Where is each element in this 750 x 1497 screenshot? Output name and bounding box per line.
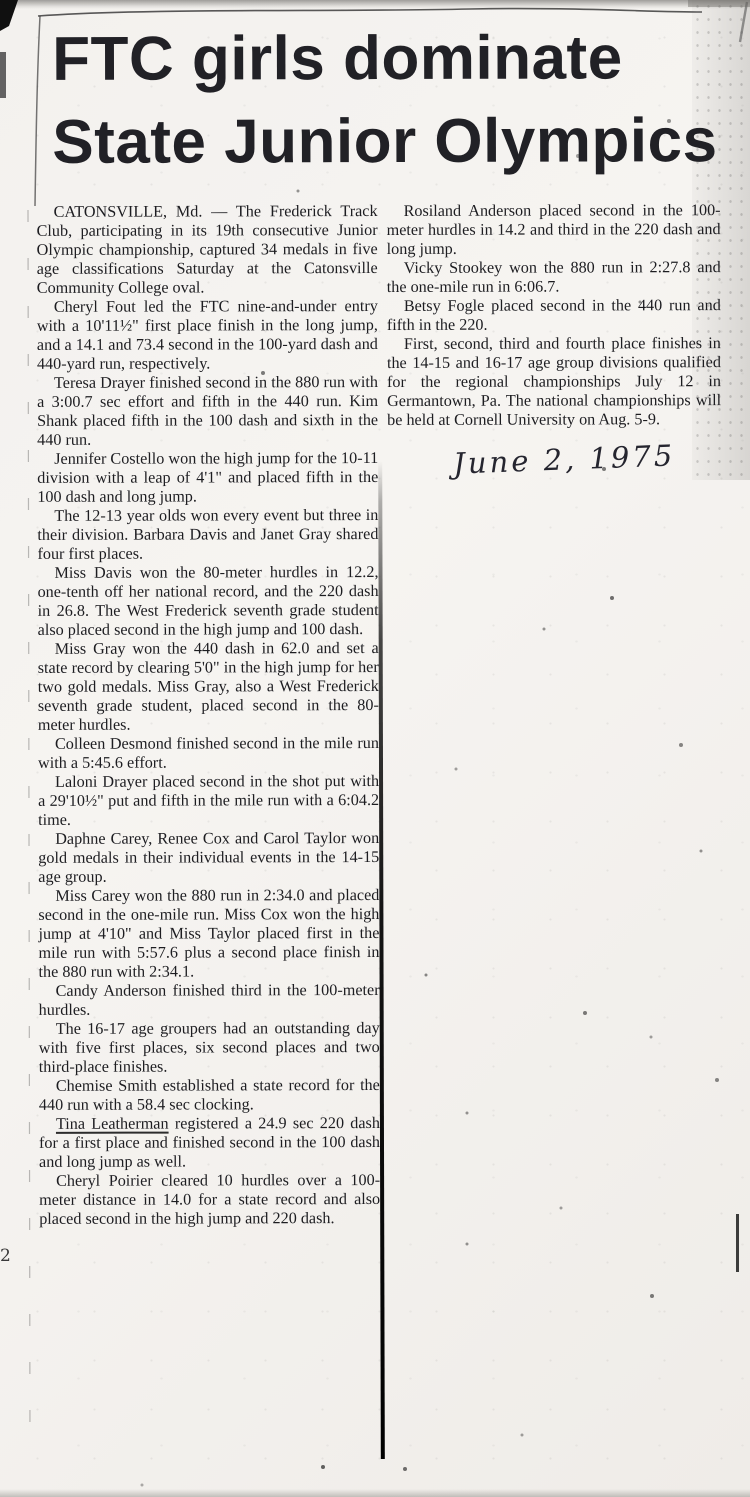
article-paragraph: CATONSVILLE, Md. — The Frederick Track C… (37, 202, 378, 298)
article-paragraph: Rosiland Anderson placed second in the 1… (387, 201, 721, 259)
article-paragraph: Teresa Drayer finished second in the 880… (37, 373, 378, 450)
article-headline: FTC girls dominate State Junior Olympics (52, 16, 732, 184)
right-column: Rosiland Anderson placed second in the 1… (387, 201, 722, 430)
article-paragraph: Tina Leatherman registered a 24.9 sec 22… (39, 1114, 380, 1172)
article-paragraph: First, second, third and fourth place fi… (387, 334, 721, 430)
article-paragraph: Jennifer Costello won the high jump for … (37, 449, 378, 507)
headline-line-1: FTC girls dominate (52, 16, 732, 101)
article-paragraph: Colleen Desmond finished second in the m… (38, 734, 379, 773)
article-paragraph: Miss Gray won the 440 dash in 62.0 and s… (38, 639, 379, 735)
article-paragraph: Chemise Smith established a state record… (39, 1076, 380, 1115)
article-paragraph: Candy Anderson finished third in the 100… (39, 981, 380, 1020)
article-paragraph: Cheryl Fout led the FTC nine-and-under e… (37, 297, 378, 374)
article-paragraph: Daphne Carey, Renee Cox and Carol Taylor… (38, 829, 379, 887)
pen-underlined-name: Tina Leatherman (56, 1115, 169, 1133)
article-paragraph: The 12-13 year olds won every event but … (37, 506, 378, 564)
article-paragraph: Miss Carey won the 880 run in 2:34.0 and… (38, 886, 379, 982)
article-paragraph: The 16-17 age groupers had an outstandin… (39, 1019, 380, 1077)
margin-pen-mark: 2 (0, 1246, 11, 1266)
article-paragraph: Miss Davis won the 80-meter hurdles in 1… (37, 563, 378, 640)
left-column: CATONSVILLE, Md. — The Frederick Track C… (37, 202, 381, 1229)
article-paragraph: Cheryl Poirier cleared 10 hurdles over a… (39, 1171, 380, 1229)
headline-line-2: State Junior Olympics (52, 99, 732, 184)
article-paragraph: Betsy Fogle placed second in the 440 run… (387, 296, 721, 335)
article-paragraph: Laloni Drayer placed second in the shot … (38, 772, 379, 830)
article-paragraph: Vicky Stookey won the 880 run in 2:27.8 … (387, 258, 721, 297)
